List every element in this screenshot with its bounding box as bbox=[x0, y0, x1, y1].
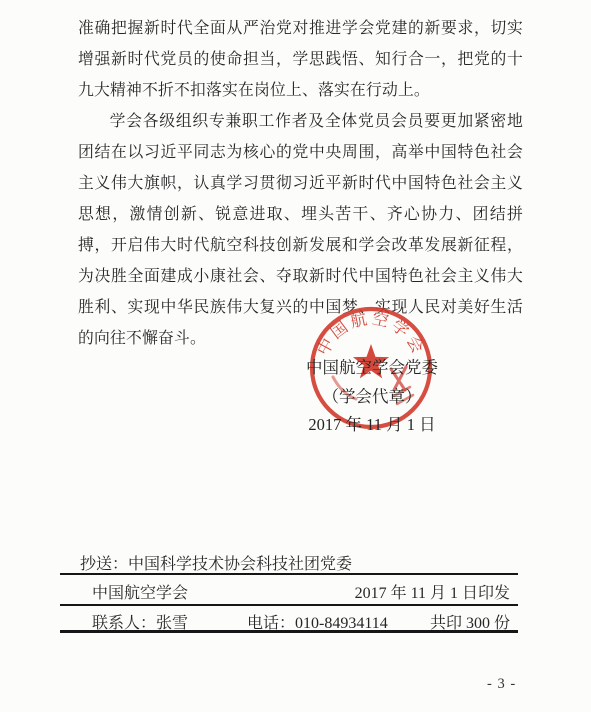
signature-block: 中国航空学会党委 （学会代章） 2017 年 11 月 1 日 bbox=[262, 354, 482, 440]
issuer-row: 中国航空学会 2017 年 11 月 1 日印发 bbox=[60, 578, 518, 604]
cc-line: 抄送：中国科学技术协会科技社团党委 bbox=[80, 551, 352, 574]
signature-date: 2017 年 11 月 1 日 bbox=[262, 411, 482, 440]
print-date: 2017 年 11 月 1 日印发 bbox=[355, 580, 510, 603]
body-text: 准确把握新时代全面从严治党对推进学会党建的新要求，切实增强新时代党员的使命担当，… bbox=[78, 13, 523, 354]
paragraph-1: 准确把握新时代全面从严治党对推进学会党建的新要求，切实增强新时代党员的使命担当，… bbox=[78, 13, 523, 106]
footer-divider-top bbox=[60, 573, 518, 575]
signature-proxy-note: （学会代章） bbox=[262, 383, 482, 412]
page-number: - 3 - bbox=[487, 676, 516, 693]
signature-org: 中国航空学会党委 bbox=[262, 354, 482, 383]
document-page: 准确把握新时代全面从严治党对推进学会党建的新要求，切实增强新时代党员的使命担当，… bbox=[0, 0, 591, 712]
footer-divider-middle bbox=[60, 604, 518, 606]
issuer-name: 中国航空学会 bbox=[92, 580, 188, 603]
contact-row: 联系人：张雪 电话：010-84934114 共印 300 份 bbox=[60, 607, 518, 630]
footer-divider-bottom bbox=[60, 630, 518, 633]
paragraph-2: 学会各级组织专兼职工作者及全体党员会员要更加紧密地团结在以习近平同志为核心的党中… bbox=[78, 106, 523, 354]
